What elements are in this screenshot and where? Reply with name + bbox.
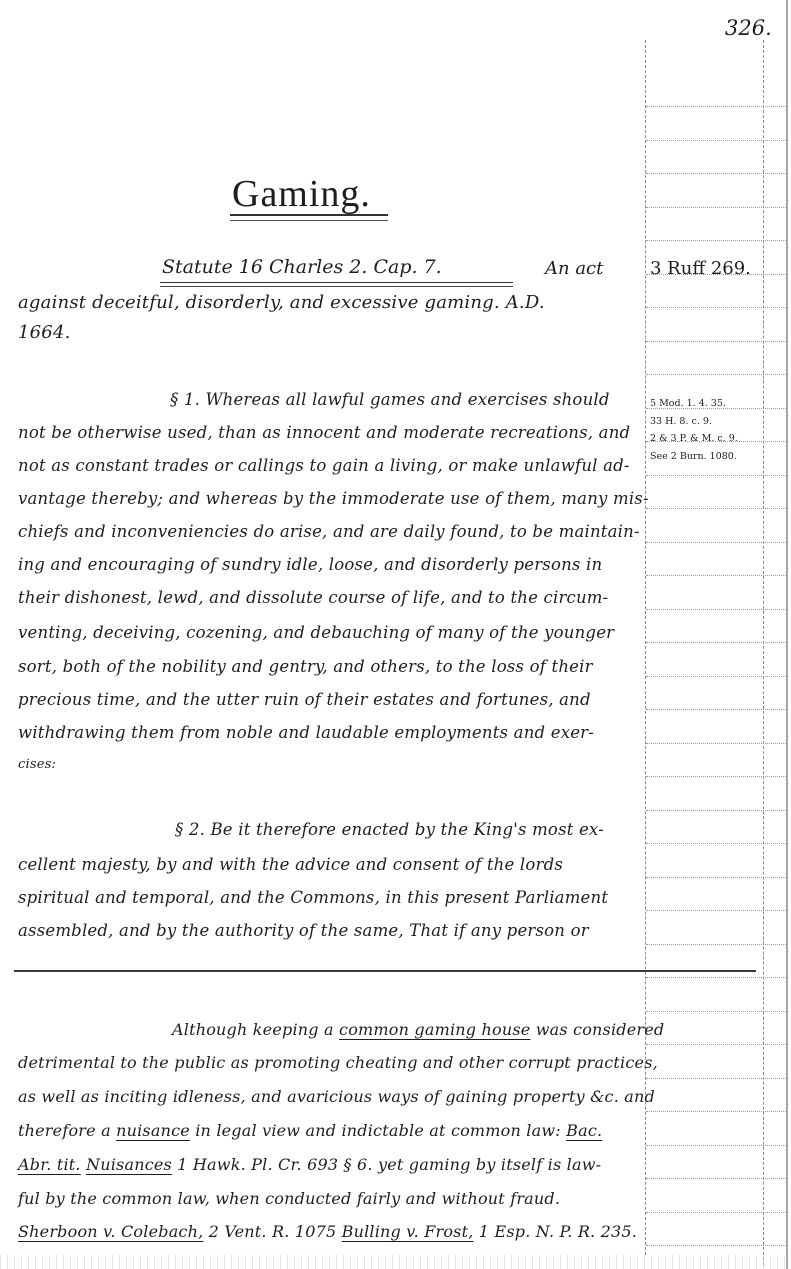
section-2-line: § 2. Be it therefore enacted by the King…	[175, 820, 604, 839]
ruled-line	[646, 1145, 786, 1146]
section-1-line: ing and encouraging of sundry idle, loos…	[18, 555, 602, 574]
margin-note: 33 H. 8. c. 9.	[650, 416, 712, 427]
page-title: Gaming.	[232, 172, 371, 216]
section-1-line: precious time, and the utter ruin of the…	[18, 690, 591, 709]
ruled-line	[646, 609, 786, 610]
ruled-line	[646, 240, 786, 241]
commentary-text: therefore a	[18, 1121, 116, 1140]
ruled-line	[646, 1178, 786, 1179]
section-1-line: vantage thereby; and whereas by the immo…	[18, 489, 649, 508]
citation: Bac.	[566, 1121, 602, 1140]
section-1-line: their dishonest, lewd, and dissolute cou…	[18, 588, 608, 607]
underlined-term: nuisance	[116, 1121, 190, 1140]
ruled-line	[646, 508, 786, 509]
commentary-line: as well as inciting idleness, and avaric…	[18, 1087, 655, 1106]
section-1-line: § 1. Whereas all lawful games and exerci…	[170, 390, 610, 409]
title-double-underline	[230, 214, 388, 221]
citation: Abr. tit.	[18, 1155, 81, 1174]
manuscript-page: 326. Gaming. Statute 16 Charles 2. Cap. …	[0, 0, 791, 1269]
statute-heading-cont: An act	[545, 258, 603, 279]
section-2-line: assembled, and by the authority of the s…	[18, 921, 589, 940]
commentary-line: Although keeping a common gaming house w…	[172, 1020, 664, 1039]
ruled-line	[646, 1245, 786, 1246]
section-separator-line	[14, 970, 756, 972]
ruled-line	[646, 307, 786, 308]
ruled-line	[646, 877, 786, 878]
ruled-line	[646, 1111, 786, 1112]
ruled-line	[646, 542, 786, 543]
commentary-line: therefore a nuisance in legal view and i…	[18, 1121, 602, 1140]
commentary-line: ful by the common law, when conducted fa…	[18, 1189, 560, 1208]
commentary-text: 1 Esp. N. P. R. 235.	[474, 1222, 638, 1241]
margin-note: 2 & 3 P. & M. c. 9.	[650, 433, 738, 444]
margin-note: See 2 Burn. 1080.	[650, 451, 737, 462]
ruled-line	[646, 709, 786, 710]
ruled-line	[646, 1212, 786, 1213]
ruled-line	[646, 843, 786, 844]
section-1-line: sort, both of the nobility and gentry, a…	[18, 657, 593, 676]
commentary-text: in legal view and indictable at common l…	[190, 1121, 566, 1140]
commentary-line: detrimental to the public as promoting c…	[18, 1053, 658, 1072]
ruled-line	[646, 1078, 786, 1079]
margin-rule-left	[645, 40, 646, 1255]
ruled-line	[646, 977, 786, 978]
section-1-line: cises:	[18, 757, 56, 772]
ruled-line	[646, 810, 786, 811]
page-edge	[786, 0, 788, 1269]
case-citation: Sherboon v. Colebach,	[18, 1222, 203, 1241]
page-number: 326.	[725, 16, 772, 40]
commentary-line: Abr. tit. Nuisances 1 Hawk. Pl. Cr. 693 …	[18, 1155, 601, 1174]
margin-rule-right	[763, 40, 764, 1265]
citation: Nuisances	[86, 1155, 172, 1174]
scan-noise	[0, 1255, 791, 1269]
margin-note: 5 Mod. 1. 4. 35.	[650, 398, 726, 409]
ruled-line	[646, 676, 786, 677]
commentary-text: Although keeping a	[172, 1020, 339, 1039]
statute-desc-line: against deceitful, disorderly, and exces…	[18, 292, 545, 313]
statute-underline-2	[285, 282, 513, 287]
statute-underline	[160, 282, 285, 287]
statute-heading: Statute 16 Charles 2. Cap. 7.	[162, 256, 442, 278]
ruled-line	[646, 140, 786, 141]
ruled-line	[646, 575, 786, 576]
section-1-line: chiefs and inconveniencies do arise, and…	[18, 522, 640, 541]
ruled-line	[646, 910, 786, 911]
case-citation: Bulling v. Frost,	[342, 1222, 474, 1241]
statute-desc-line: 1664.	[18, 322, 71, 343]
ruled-line	[646, 173, 786, 174]
ruled-line	[646, 642, 786, 643]
commentary-line: Sherboon v. Colebach, 2 Vent. R. 1075 Bu…	[18, 1222, 637, 1241]
ruled-line	[646, 776, 786, 777]
commentary-text: was considered	[530, 1020, 664, 1039]
section-2-line: spiritual and temporal, and the Commons,…	[18, 888, 608, 907]
section-1-line: not be otherwise used, than as innocent …	[18, 423, 630, 442]
ruled-line	[646, 207, 786, 208]
commentary-text: 1 Hawk. Pl. Cr. 693 § 6. yet gaming by i…	[172, 1155, 601, 1174]
ruled-line	[646, 475, 786, 476]
ruled-line	[646, 341, 786, 342]
statute-reference: 3 Ruff 269.	[650, 258, 751, 279]
section-2-line: cellent majesty, by and with the advice …	[18, 855, 563, 874]
ruled-line	[646, 944, 786, 945]
commentary-text: 2 Vent. R. 1075	[203, 1222, 341, 1241]
section-1-line: withdrawing them from noble and laudable…	[18, 723, 594, 742]
underlined-term: common gaming house	[339, 1020, 530, 1039]
ruled-line	[646, 374, 786, 375]
ruled-line	[646, 1044, 786, 1045]
ruled-line	[646, 106, 786, 107]
section-1-line: not as constant trades or callings to ga…	[18, 456, 630, 475]
ruled-line	[646, 743, 786, 744]
ruled-line	[646, 1011, 786, 1012]
section-1-line: venting, deceiving, cozening, and debauc…	[18, 623, 614, 642]
